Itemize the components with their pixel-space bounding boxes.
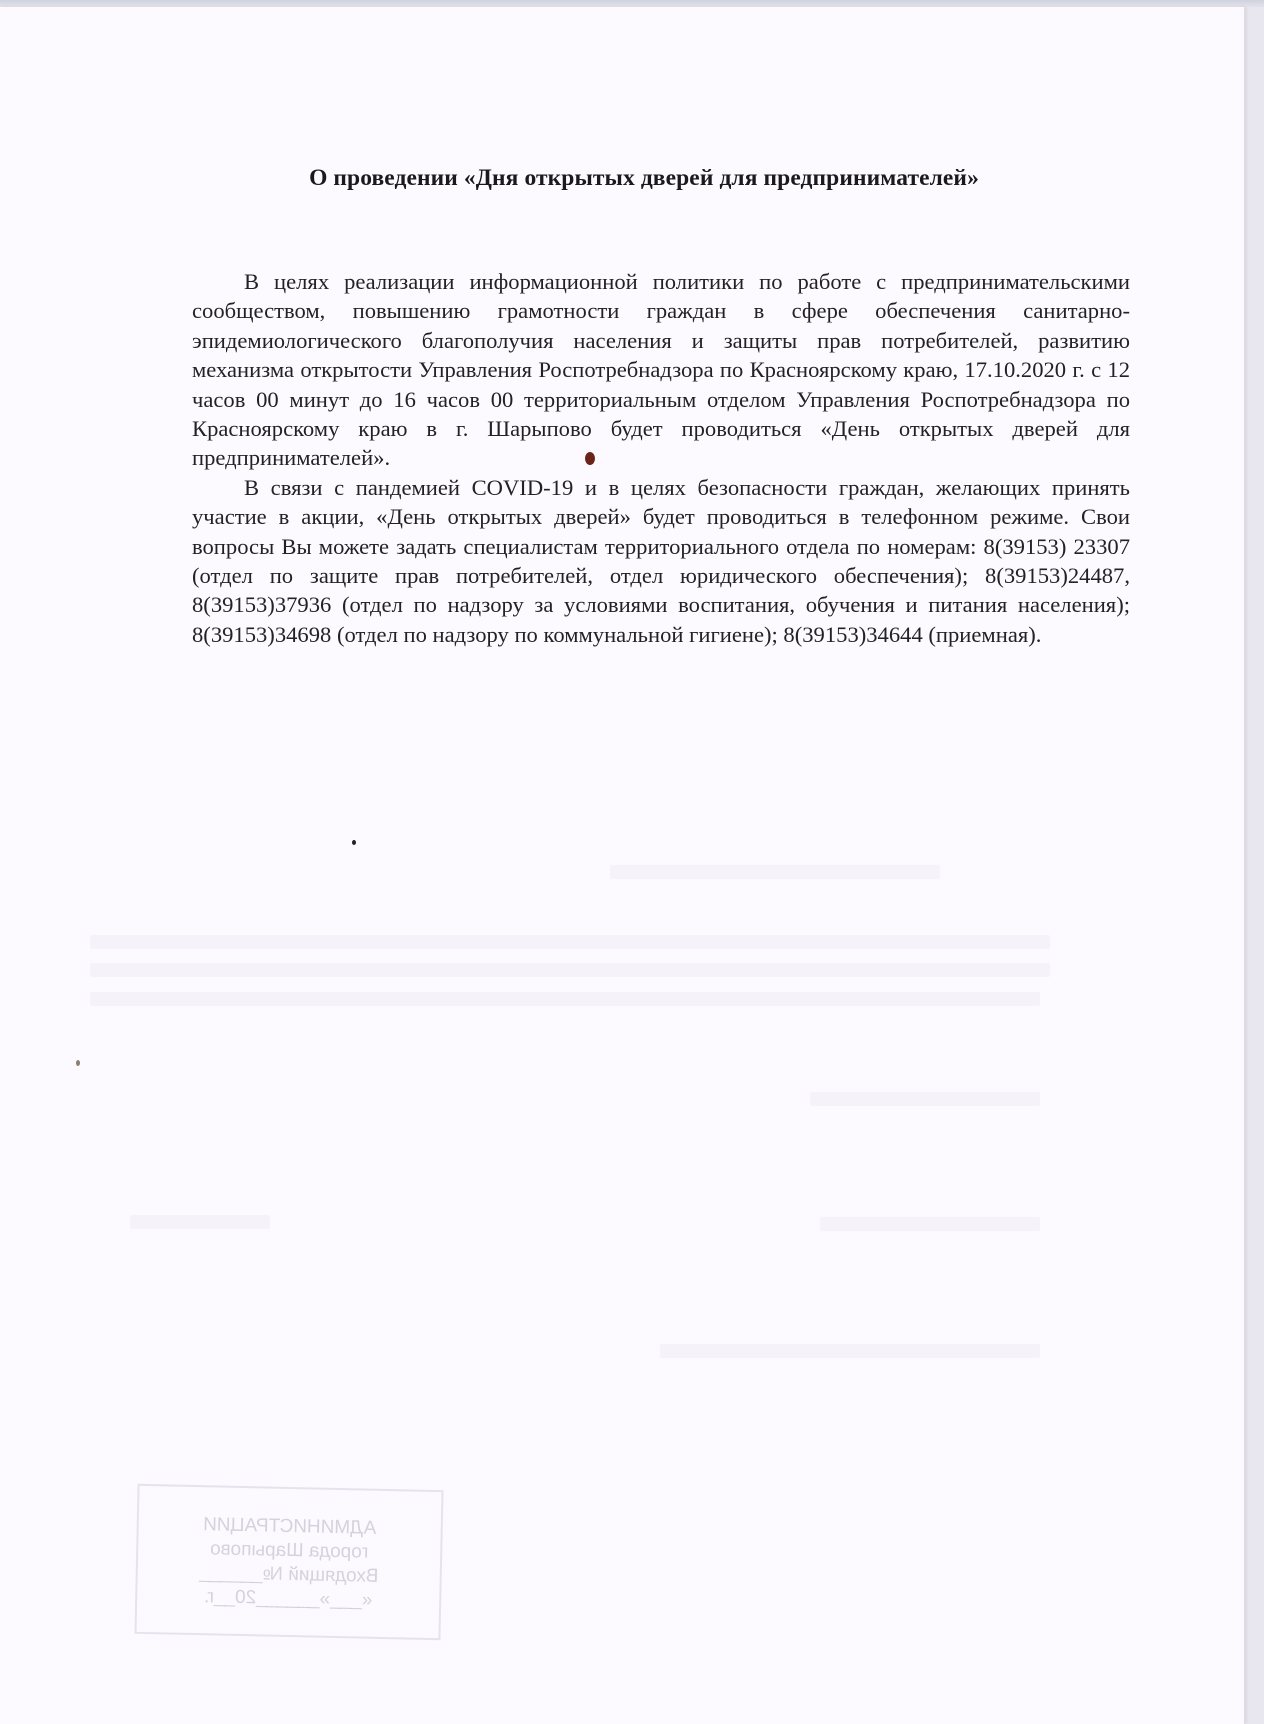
paragraph-covid-phones: В связи с пандемией COVID-19 и в целях б…	[192, 473, 1130, 649]
stamp-bleedthrough: АДМИНИСТРАЦИИ города Шарыпово Входящий №…	[134, 1484, 443, 1640]
scanner-edge	[0, 0, 1264, 7]
bleedthrough-ghost	[810, 1092, 1040, 1106]
stamp-line: «___»______20__г.	[137, 1584, 439, 1614]
ink-spot	[585, 452, 595, 465]
bleedthrough-ghost	[90, 963, 1050, 977]
bleedthrough-ghost	[660, 1344, 1040, 1358]
bleedthrough-ghost	[820, 1217, 1040, 1231]
bleedthrough-ghost	[130, 1215, 270, 1229]
document-title: О проведении «Дня открытых дверей для пр…	[0, 165, 1244, 192]
scanned-page: О проведении «Дня открытых дверей для пр…	[0, 7, 1245, 1724]
paragraph-intro: В целях реализации информационной полити…	[192, 267, 1130, 473]
document-body: В целях реализации информационной полити…	[192, 267, 1130, 649]
speck	[352, 840, 356, 845]
bleedthrough-ghost	[90, 935, 1050, 949]
bleedthrough-ghost	[610, 865, 940, 879]
bleedthrough-ghost	[90, 992, 1040, 1006]
speck	[76, 1060, 80, 1066]
